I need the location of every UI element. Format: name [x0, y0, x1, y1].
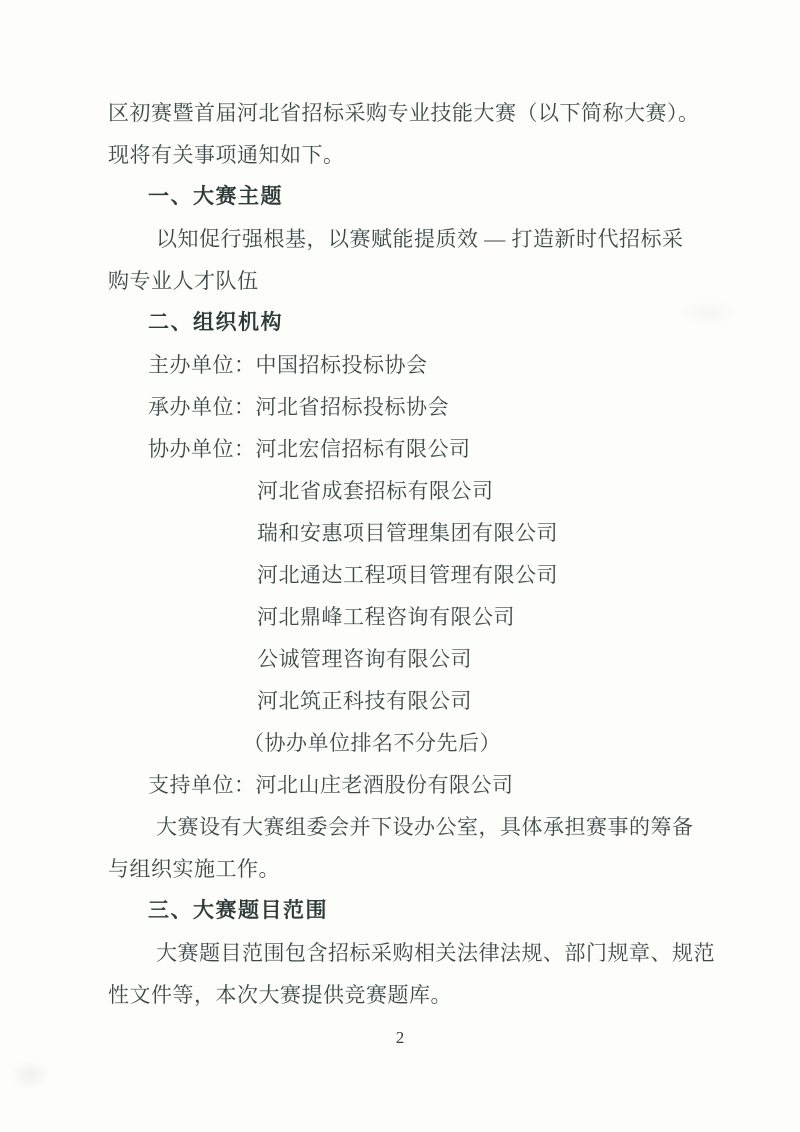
theme-paragraph-line-1: 以知促行强根基，以赛赋能提质效 — 打造新时代招标采 — [156, 218, 708, 260]
scanned-document-page: 区初赛暨首届河北省招标采购专业技能大赛（以下简称大赛）。 现将有关事项通知如下。… — [0, 0, 800, 1132]
topic-scope-line-1: 大赛题目范围包含招标采购相关法律法规、部门规章、规范 — [156, 932, 708, 974]
heading-topic-scope: 三、大赛题目范围 — [148, 890, 708, 932]
theme-paragraph-line-2: 购专业人才队伍 — [108, 260, 708, 302]
topic-scope-line-2: 性文件等，本次大赛提供竞赛题库。 — [108, 974, 708, 1016]
host-unit-line: 主办单位：中国招标投标协会 — [148, 344, 708, 386]
support-unit-line: 支持单位：河北山庄老酒股份有限公司 — [148, 764, 708, 806]
co-organizer-company-6: 公诚管理咨询有限公司 — [257, 638, 708, 680]
organizer-unit-line: 承办单位：河北省招标投标协会 — [148, 386, 708, 428]
co-organizer-ranking-note: （协办单位排名不分先后） — [243, 722, 708, 764]
co-organizer-company-2: 河北省成套招标有限公司 — [257, 470, 708, 512]
committee-paragraph-line-2: 与组织实施工作。 — [108, 848, 708, 890]
doc-line-continuation: 区初赛暨首届河北省招标采购专业技能大赛（以下简称大赛）。 — [108, 92, 708, 134]
doc-line-notice-intro: 现将有关事项通知如下。 — [108, 134, 708, 176]
co-organizer-company-5: 河北鼎峰工程咨询有限公司 — [257, 596, 708, 638]
co-organizer-company-4: 河北通达工程项目管理有限公司 — [257, 554, 708, 596]
heading-competition-theme: 一、大赛主题 — [148, 176, 708, 218]
committee-paragraph-line-1: 大赛设有大赛组委会并下设办公室，具体承担赛事的筹备 — [156, 806, 708, 848]
page-number: 2 — [0, 1023, 800, 1053]
co-organizer-unit-line: 协办单位：河北宏信招标有限公司 — [148, 428, 708, 470]
heading-organization: 二、组织机构 — [148, 302, 708, 344]
co-organizer-company-3: 瑞和安惠项目管理集团有限公司 — [257, 512, 708, 554]
co-organizer-company-7: 河北筑正科技有限公司 — [257, 680, 708, 722]
document-body: 区初赛暨首届河北省招标采购专业技能大赛（以下简称大赛）。 现将有关事项通知如下。… — [108, 92, 708, 1016]
